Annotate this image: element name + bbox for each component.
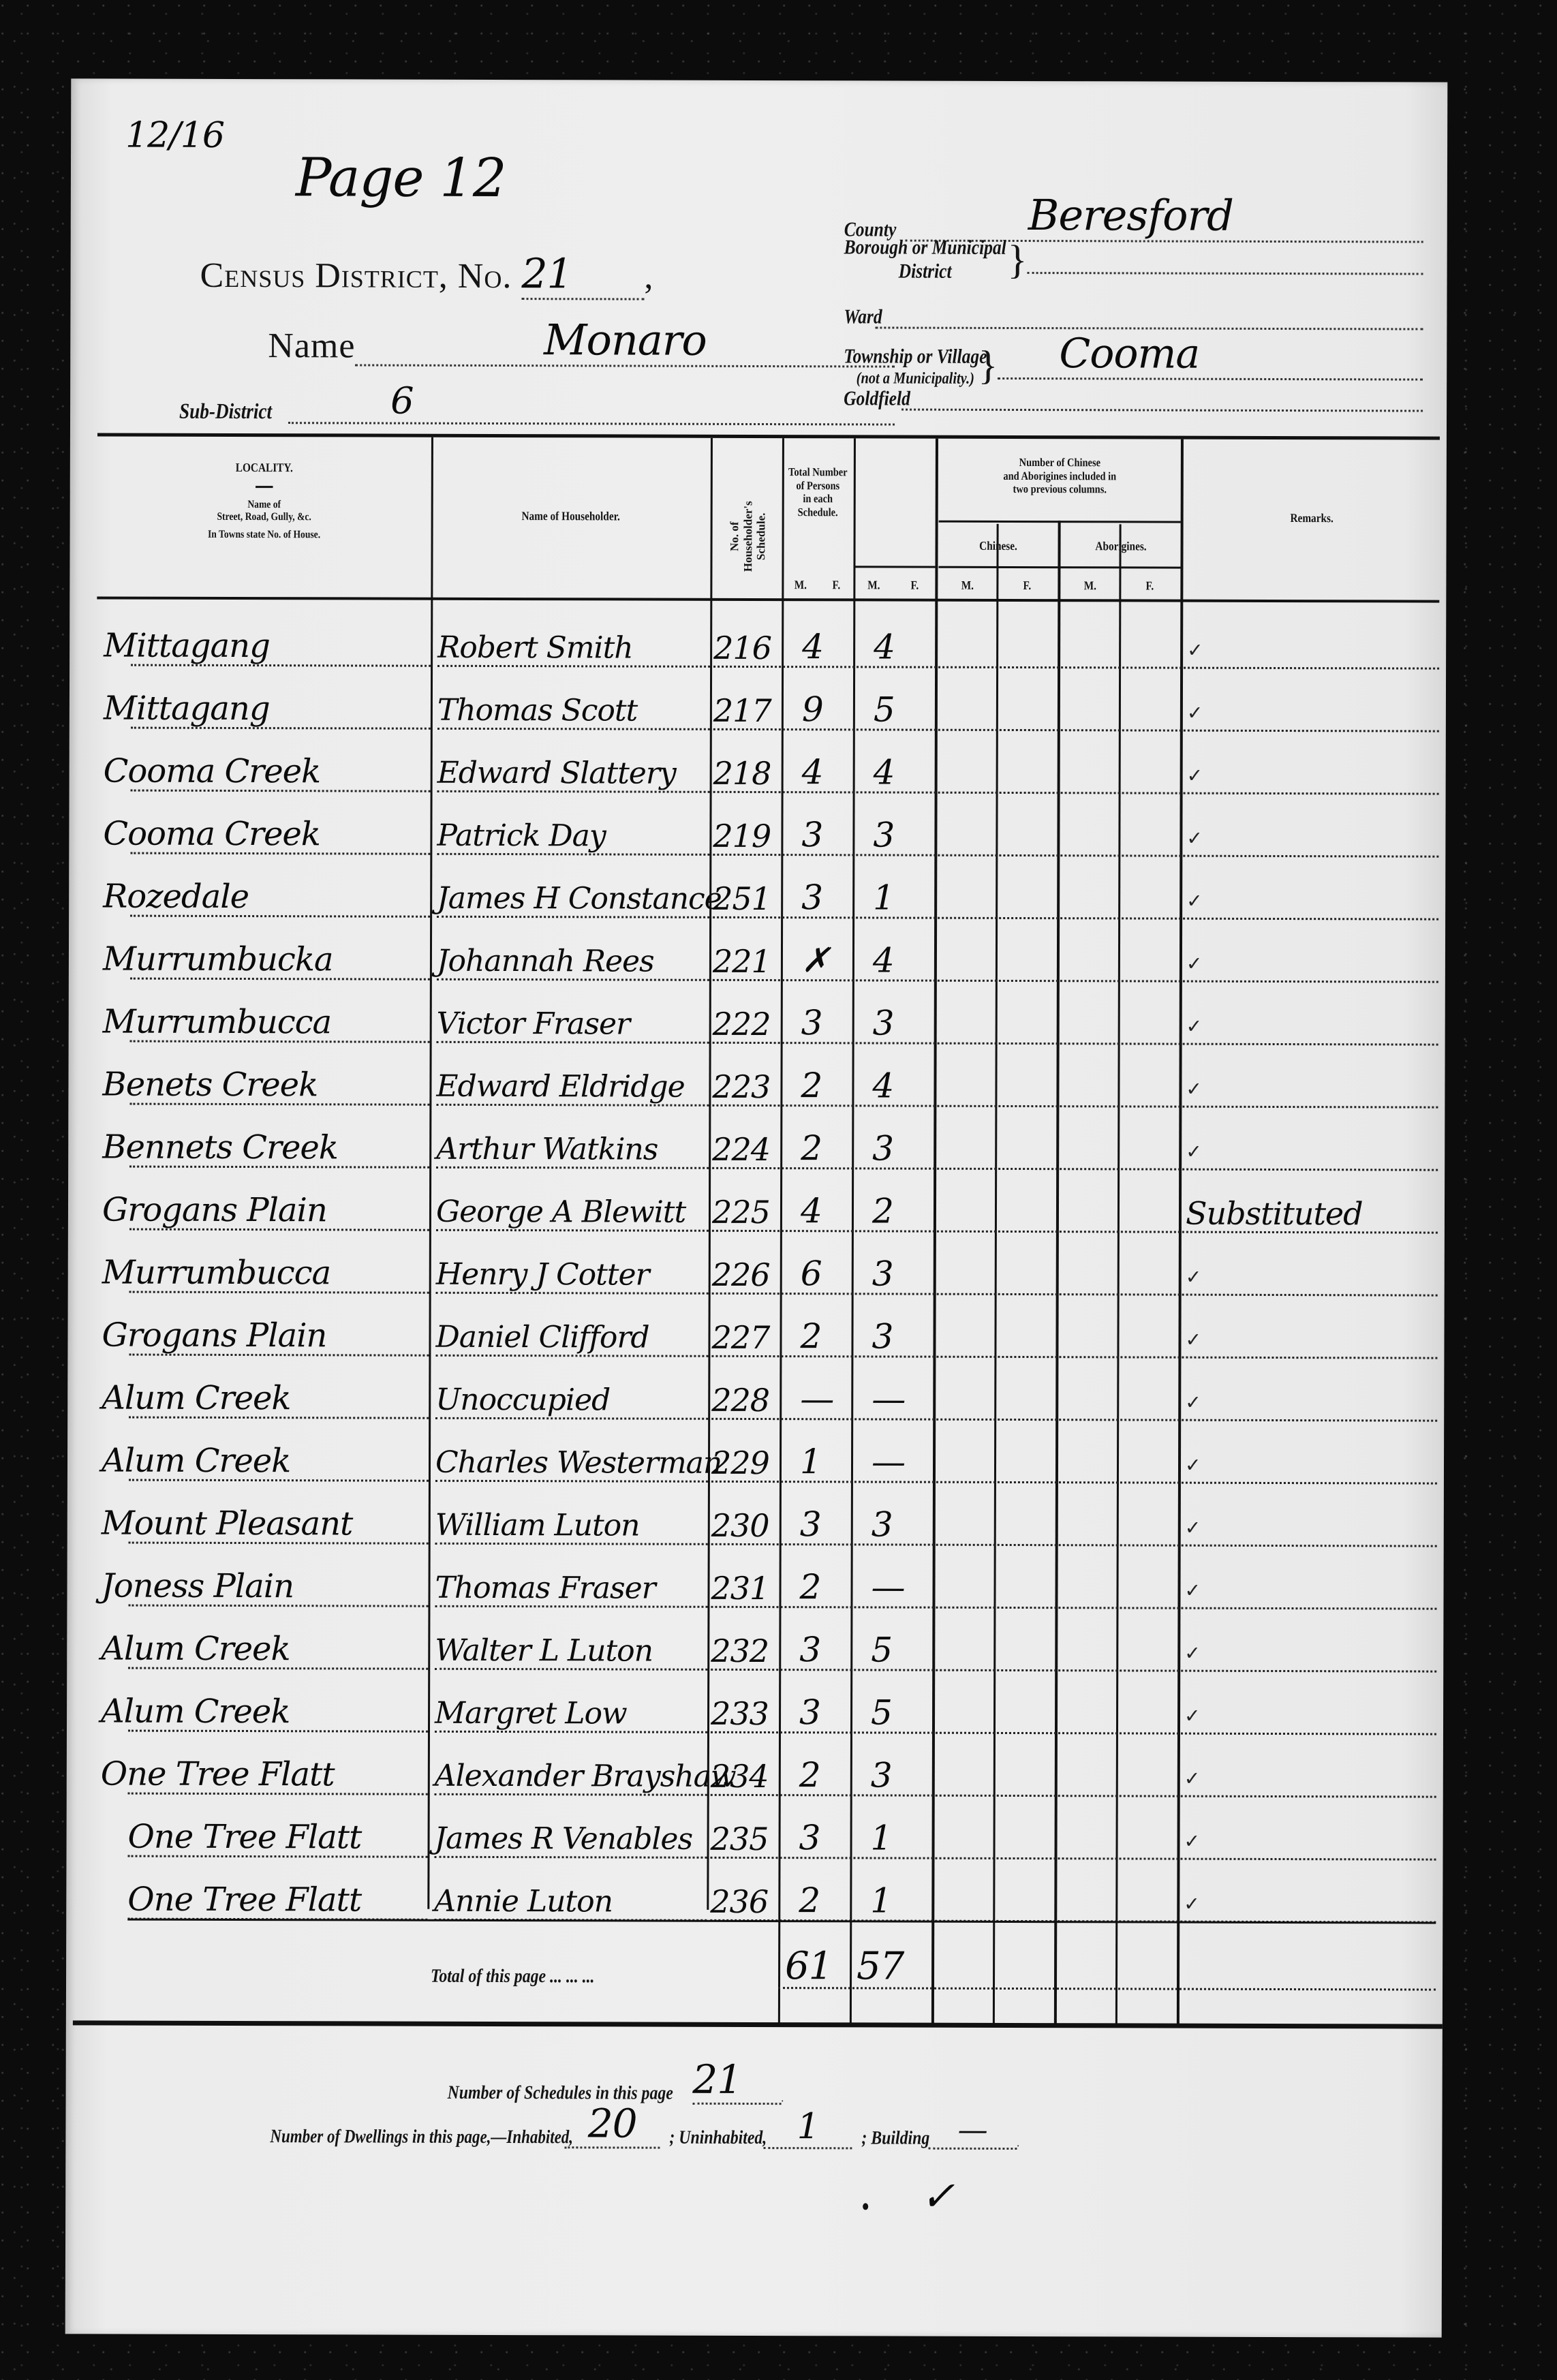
locality-cell: Alum Creek bbox=[101, 1695, 290, 1728]
locality-sub3: In Towns state No. of House. bbox=[122, 529, 406, 542]
schedule-number-cell: 230 bbox=[711, 1510, 769, 1541]
township-label-line2: (not a Municipality.) bbox=[844, 369, 987, 389]
householder-cell: Johannah Rees bbox=[437, 946, 654, 977]
householder-cell: Henry J Cotter bbox=[436, 1260, 649, 1291]
building-label: ; Building bbox=[862, 2127, 930, 2149]
dwellings-label: Number of Dwellings in this page,—Inhabi… bbox=[270, 2126, 573, 2148]
table-row: Cooma CreekEdward Slattery21844✓ bbox=[70, 728, 1446, 794]
males-cell: 2 bbox=[799, 1570, 820, 1604]
householder-cell: James H Constance bbox=[437, 884, 722, 914]
remarks-cell: ✓ bbox=[1184, 1705, 1201, 1728]
females-cell: 3 bbox=[872, 1131, 893, 1165]
females-cell: 4 bbox=[874, 755, 895, 789]
locality-cell: Cooma Creek bbox=[103, 817, 320, 850]
locality-cell: Murrumbucka bbox=[103, 942, 333, 976]
schedules-count-row: Number of Schedules in this page 21. bbox=[448, 2056, 784, 2105]
remarks-cell: ✓ bbox=[1185, 1329, 1201, 1352]
page-label: Page 12 bbox=[296, 147, 506, 209]
householder-cell: Arthur Watkins bbox=[436, 1134, 658, 1165]
sub-district-row: Sub-District 6 bbox=[179, 379, 895, 426]
schedule-number-cell: 232 bbox=[711, 1635, 769, 1667]
householder-cell: Thomas Fraser bbox=[435, 1573, 655, 1604]
table-row: Grogans PlainDaniel Clifford22723✓ bbox=[67, 1293, 1444, 1359]
males-cell: 3 bbox=[799, 1821, 820, 1855]
males-cell: 2 bbox=[801, 1068, 822, 1102]
uninhabited-value: 1 bbox=[764, 2106, 852, 2149]
township-value: Cooma bbox=[998, 330, 1423, 381]
males-cell: 2 bbox=[800, 1319, 821, 1353]
table-row: Alum CreekWalter L Luton23235✓ bbox=[67, 1606, 1443, 1672]
females-cell: 4 bbox=[874, 630, 895, 664]
borough-label-line2: District bbox=[844, 260, 1006, 283]
schedule-number-cell: 236 bbox=[710, 1886, 768, 1917]
males-cell: — bbox=[800, 1382, 833, 1416]
remarks-cell: ✓ bbox=[1186, 1266, 1202, 1289]
chinese-f-header: F. bbox=[1001, 578, 1053, 593]
locality-cell: One Tree Flatt bbox=[101, 1757, 335, 1791]
schedule-number-cell: 251 bbox=[713, 883, 771, 914]
males-cell: 1 bbox=[800, 1444, 821, 1479]
total-persons-line1: Total Number bbox=[788, 465, 848, 479]
remarks-cell: ✓ bbox=[1184, 1893, 1200, 1916]
m-header: M. bbox=[784, 578, 816, 592]
table-row: One Tree FlattAnnie Luton23621✓ bbox=[66, 1857, 1443, 1923]
total-persons-line4: Schedule. bbox=[788, 506, 848, 519]
dash bbox=[256, 486, 273, 488]
goldfield-row: Goldfield bbox=[844, 387, 1423, 412]
borough-row: Borough or Municipal District } bbox=[844, 236, 1423, 284]
males-cell: ✗ bbox=[801, 943, 829, 977]
county-row: County Beresford bbox=[844, 189, 1423, 243]
schedule-number-cell: 216 bbox=[713, 632, 771, 664]
remarks-cell: ✓ bbox=[1184, 1642, 1201, 1665]
table-row: Cooma CreekPatrick Day21933✓ bbox=[69, 791, 1445, 857]
remarks-cell: ✓ bbox=[1184, 1767, 1201, 1791]
remarks-header: Remarks. bbox=[1203, 511, 1421, 526]
township-row: Township or Village (not a Municipality.… bbox=[844, 329, 1423, 390]
goldfield-label: Goldfield bbox=[844, 387, 910, 410]
table-row: Alum CreekCharles Westerman2291—✓ bbox=[67, 1418, 1444, 1484]
remarks-cell: ✓ bbox=[1186, 827, 1203, 850]
males-cell: 3 bbox=[799, 1633, 820, 1667]
males-cell: 3 bbox=[800, 1507, 821, 1541]
females-cell: 1 bbox=[870, 1883, 891, 1917]
locality-cell: Alum Creek bbox=[102, 1444, 290, 1477]
table-row: Grogans PlainGeorge A Blewitt22542Substi… bbox=[68, 1167, 1445, 1233]
schedule-number-cell: 228 bbox=[711, 1385, 769, 1416]
schedule-number-cell: 222 bbox=[713, 1008, 771, 1040]
householder-cell: Robert Smith bbox=[437, 633, 633, 664]
females-cell: 3 bbox=[873, 1006, 894, 1040]
name-label: Name bbox=[268, 326, 355, 366]
schedule-number-cell: 219 bbox=[713, 820, 771, 852]
total-m: 61 bbox=[785, 1944, 832, 1988]
householder-cell: Alexander Brayshaw bbox=[435, 1761, 721, 1792]
householder-cell: Charles Westerman bbox=[435, 1448, 722, 1479]
females-cell: 4 bbox=[872, 1068, 893, 1102]
locality-cell: Alum Creek bbox=[102, 1381, 290, 1415]
females-cell: 4 bbox=[873, 943, 894, 977]
locality-cell: Cooma Creek bbox=[104, 754, 321, 788]
uninhabited-label: ; Uninhabited, bbox=[670, 2127, 767, 2149]
householder-cell: Thomas Scott bbox=[437, 696, 637, 726]
males-cell: 6 bbox=[801, 1256, 822, 1291]
table-row: MurrumbuccaHenry J Cotter22663✓ bbox=[68, 1230, 1445, 1296]
schedule-number-cell: 226 bbox=[712, 1259, 770, 1291]
table-bottom-rule bbox=[73, 2020, 1443, 2028]
schedule-number-cell: 231 bbox=[711, 1573, 769, 1604]
sub-rule bbox=[853, 566, 935, 568]
township-label: Township or Village (not a Municipality.… bbox=[844, 345, 987, 389]
header-bottom-rule bbox=[97, 596, 1439, 602]
total-dots bbox=[778, 1987, 1436, 1991]
householder-cell: Annie Luton bbox=[434, 1887, 613, 1917]
schedule-number-cell: 229 bbox=[711, 1447, 769, 1479]
sub-district-label: Sub-District bbox=[179, 399, 272, 424]
total-persons-line3: in each bbox=[788, 492, 848, 506]
census-district-row: Census District, No. 21, bbox=[200, 249, 653, 300]
sub-district-value: 6 bbox=[288, 379, 895, 425]
ward-label: Ward bbox=[844, 305, 882, 328]
locality-cell: Grogans Plain bbox=[102, 1318, 326, 1352]
locality-cell: Mount Pleasant bbox=[102, 1506, 353, 1540]
males-cell: 4 bbox=[801, 1194, 822, 1228]
females-cell: 3 bbox=[872, 1319, 893, 1353]
females-cell: 3 bbox=[873, 818, 894, 852]
census-district-number: 21 bbox=[521, 250, 644, 300]
remarks-cell: ✓ bbox=[1186, 953, 1203, 976]
f-header: F. bbox=[897, 578, 932, 593]
schedules-value: 21 bbox=[692, 2056, 781, 2105]
females-cell: 2 bbox=[872, 1194, 893, 1228]
m-header: M. bbox=[857, 578, 891, 592]
remarks-cell: ✓ bbox=[1185, 1454, 1201, 1477]
name-row: Name Monaro bbox=[268, 314, 895, 367]
locality-cell: Joness Plain bbox=[101, 1569, 294, 1603]
goldfield-value bbox=[901, 391, 1423, 412]
census-form-page: 12/16 Page 12 Census District, No. 21, N… bbox=[65, 78, 1448, 2337]
locality-sub2: Street, Road, Gully, &c. bbox=[122, 511, 406, 524]
table-row: One Tree FlattJames R Venables23531✓ bbox=[67, 1794, 1443, 1860]
males-cell: 9 bbox=[802, 692, 823, 726]
ink-dot bbox=[863, 2203, 868, 2210]
total-f: 57 bbox=[857, 1944, 904, 1988]
females-cell: 1 bbox=[873, 880, 894, 914]
census-district-label: Census District, No. bbox=[200, 256, 512, 296]
table-row: MittagangRobert Smith21644✓ bbox=[70, 603, 1446, 669]
householder-cell: James R Venables bbox=[435, 1824, 693, 1855]
males-cell: 3 bbox=[801, 1006, 822, 1040]
locality-cell: Benets Creek bbox=[102, 1068, 318, 1101]
householder-cell: Patrick Day bbox=[437, 821, 605, 852]
total-persons-line2: of Persons bbox=[788, 479, 848, 493]
corner-fraction-text: 12/16 bbox=[125, 115, 224, 156]
ca-line3: two previous columns. bbox=[957, 482, 1162, 496]
remarks-cell: Substituted bbox=[1186, 1198, 1363, 1230]
males-cell: 3 bbox=[801, 818, 822, 852]
locality-header: LOCALITY. Name of Street, Road, Gully, &… bbox=[122, 461, 406, 542]
locality-cell: Murrumbucca bbox=[103, 1005, 332, 1038]
females-cell: — bbox=[872, 1444, 905, 1479]
locality-cell: One Tree Flatt bbox=[127, 1883, 361, 1917]
remarks-cell: ✓ bbox=[1184, 1830, 1201, 1853]
inhabited-value: 20 bbox=[565, 2100, 660, 2148]
householder-cell: Margret Low bbox=[435, 1699, 627, 1729]
schedule-number-cell: 224 bbox=[712, 1134, 770, 1165]
schedule-number-cell: 218 bbox=[713, 758, 771, 789]
borough-label-line1: Borough or Municipal bbox=[844, 236, 1006, 260]
name-value: Monaro bbox=[355, 314, 895, 367]
table-row: MurrumbuccaVictor Fraser22233✓ bbox=[69, 979, 1445, 1045]
householder-cell: George A Blewitt bbox=[436, 1197, 685, 1228]
locality-cell: Bennets Creek bbox=[102, 1130, 338, 1164]
corner-fraction: 12/16 bbox=[125, 120, 224, 152]
males-cell: 2 bbox=[799, 1758, 820, 1792]
males-cell: 4 bbox=[802, 755, 823, 789]
table-row: One Tree FlattAlexander Brayshaw23423✓ bbox=[67, 1731, 1443, 1797]
chinese-header: Chinese. bbox=[948, 539, 1049, 553]
females-cell: 5 bbox=[871, 1695, 892, 1729]
table-top-rule bbox=[97, 433, 1440, 439]
householder-cell: Edward Slattery bbox=[437, 758, 676, 789]
county-value: Beresford bbox=[906, 190, 1423, 243]
aborigines-f-header: F. bbox=[1124, 578, 1176, 593]
bottom-checkmark: ✓ bbox=[921, 2173, 954, 2221]
locality-cell: Alum Creek bbox=[101, 1632, 290, 1665]
table-row: RozedaleJames H Constance25131✓ bbox=[69, 854, 1445, 920]
aborigines-m-header: M. bbox=[1066, 578, 1115, 593]
ca-line1: Number of Chinese bbox=[957, 456, 1162, 469]
locality-title: LOCALITY. bbox=[123, 461, 407, 476]
remarks-cell: ✓ bbox=[1185, 1391, 1201, 1415]
remarks-cell: ✓ bbox=[1186, 1078, 1202, 1101]
householder-cell: Edward Eldridge bbox=[436, 1072, 684, 1102]
table-row: Alum CreekUnoccupied228——✓ bbox=[67, 1355, 1444, 1421]
males-cell: 2 bbox=[801, 1131, 822, 1165]
males-cell: 3 bbox=[801, 880, 822, 914]
sub-rule bbox=[939, 521, 1181, 523]
ca-line2: and Aborigines included in bbox=[957, 469, 1162, 482]
table-body: MittagangRobert Smith21644✓MittagangThom… bbox=[66, 603, 1446, 1923]
table-row: Joness PlainThomas Fraser2312—✓ bbox=[67, 1543, 1443, 1609]
chinese-aborigines-header: Number of Chinese and Aborigines include… bbox=[957, 456, 1162, 496]
remarks-cell: ✓ bbox=[1187, 639, 1203, 662]
locality-cell: Mittagang bbox=[104, 629, 270, 662]
schedule-number-cell: 233 bbox=[711, 1698, 769, 1729]
householder-cell: Daniel Clifford bbox=[435, 1323, 649, 1353]
building-value: — bbox=[928, 2113, 1017, 2150]
schedule-number-cell: 217 bbox=[713, 695, 771, 726]
f-header: F. bbox=[822, 578, 851, 592]
females-cell: 3 bbox=[871, 1758, 892, 1792]
sub-rule bbox=[938, 566, 1180, 569]
householder-cell: Unoccupied bbox=[435, 1385, 610, 1416]
locality-cell: Murrumbucca bbox=[102, 1256, 331, 1289]
total-label: Total of this page ... ... ... bbox=[431, 1966, 595, 1988]
table-row: Benets CreekEdward Eldridge22324✓ bbox=[68, 1042, 1445, 1108]
aborigines-header: Aborigines. bbox=[1070, 539, 1172, 553]
schedule-number-cell: 223 bbox=[712, 1071, 770, 1102]
locality-sub1: Name of bbox=[122, 498, 406, 511]
schedule-number-cell: 227 bbox=[711, 1322, 769, 1353]
schedule-number-cell: 221 bbox=[713, 946, 771, 977]
schedule-number-cell: 234 bbox=[711, 1761, 769, 1792]
borough-label: Borough or Municipal District bbox=[844, 236, 1006, 283]
total-persons-header: Total Number of Persons in each Schedule… bbox=[788, 465, 848, 519]
females-cell: — bbox=[872, 1382, 905, 1416]
schedule-number-cell: 225 bbox=[712, 1196, 770, 1228]
remarks-cell: ✓ bbox=[1186, 1141, 1202, 1164]
table-row: Mount PleasantWilliam Luton23033✓ bbox=[67, 1481, 1444, 1547]
householder-header: Name of Householder. bbox=[452, 509, 690, 524]
householder-cell: Walter L Luton bbox=[435, 1636, 653, 1667]
remarks-cell: ✓ bbox=[1187, 702, 1203, 725]
householder-cell: Victor Fraser bbox=[437, 1009, 630, 1040]
remarks-cell: ✓ bbox=[1184, 1579, 1201, 1603]
table-row: Bennets CreekArthur Watkins22423✓ bbox=[68, 1104, 1445, 1171]
table-row: Alum CreekMargret Low23335✓ bbox=[67, 1669, 1443, 1735]
locality-cell: Grogans Plain bbox=[102, 1193, 327, 1226]
females-cell: 3 bbox=[872, 1256, 893, 1291]
females-cell: 1 bbox=[871, 1821, 892, 1855]
males-cell: 4 bbox=[802, 630, 823, 664]
dwellings-row: Number of Dwellings in this page,—Inhabi… bbox=[270, 2099, 1019, 2150]
remarks-cell: ✓ bbox=[1185, 1517, 1201, 1540]
females-cell: 5 bbox=[871, 1633, 892, 1667]
table-row: MurrumbuckaJohannah Rees221✗4✓ bbox=[69, 916, 1445, 983]
chinese-m-header: M. bbox=[943, 578, 992, 593]
locality-cell: Mittagang bbox=[104, 692, 270, 725]
remarks-cell: ✓ bbox=[1187, 764, 1203, 788]
ward-value bbox=[876, 309, 1423, 330]
locality-cell: Rozedale bbox=[103, 880, 249, 913]
females-cell: — bbox=[871, 1570, 904, 1604]
remarks-cell: ✓ bbox=[1186, 890, 1203, 913]
ward-row: Ward bbox=[844, 305, 1423, 330]
householder-cell: William Luton bbox=[435, 1511, 640, 1541]
locality-cell: One Tree Flatt bbox=[128, 1821, 362, 1854]
schedule-number-cell: 235 bbox=[711, 1823, 769, 1855]
borough-value bbox=[1027, 251, 1423, 275]
table-row: MittagangThomas Scott21795✓ bbox=[70, 666, 1446, 732]
females-cell: 5 bbox=[874, 692, 895, 726]
schedule-no-header: No. of Householder's Schedule. bbox=[728, 489, 768, 584]
females-cell: 3 bbox=[872, 1507, 893, 1541]
remarks-cell: ✓ bbox=[1186, 1015, 1203, 1038]
males-cell: 2 bbox=[799, 1883, 820, 1917]
brace: } bbox=[1008, 236, 1028, 283]
males-cell: 3 bbox=[799, 1695, 820, 1729]
township-label-line1: Township or Village bbox=[844, 345, 987, 370]
